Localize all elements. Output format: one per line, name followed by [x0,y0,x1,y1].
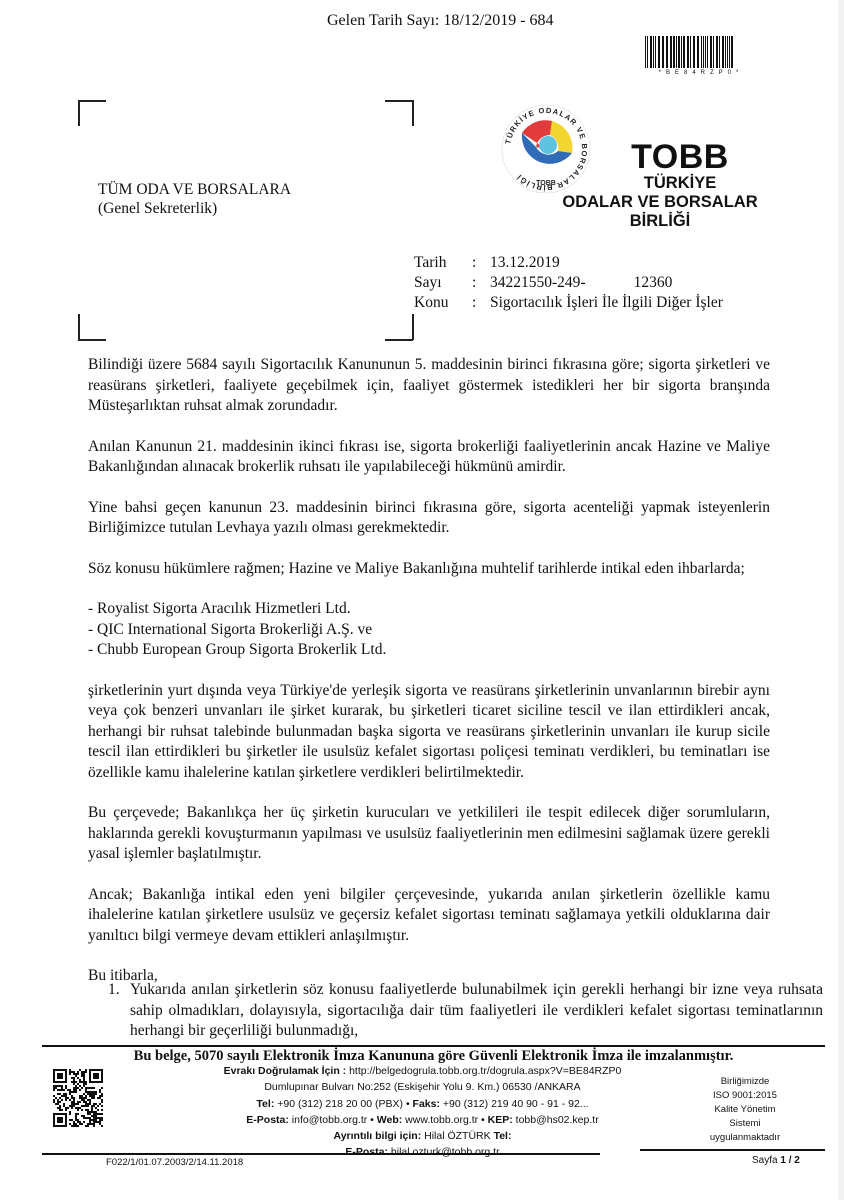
numbered-list: 1. Yukarıda anılan şirketlerin söz konus… [108,980,823,1042]
item-number: 1. [108,980,130,1042]
meta-subject-row: Konu : Sigortacılık İşleri İle İlgili Di… [414,293,723,313]
meta-separator: : [472,253,490,273]
info-label: Ayrıntılı bilgi için: [334,1130,422,1142]
numbered-item: 1. Yukarıda anılan şirketlerin söz konus… [108,980,823,1042]
verify-url-link[interactable]: http://belgedogrula.tobb.org.tr/dogrula.… [349,1065,621,1077]
footer-contact: Evrakı Doğrulamak İçin : http://belgedog… [200,1063,645,1161]
company-list: - Royalist Sigorta Aracılık Hizmetleri L… [88,599,770,661]
document-meta: Tarih : 13.12.2019 Sayı : 34221550-249- … [414,253,723,313]
paragraph-7: Ancak; Bakanlığa intikal eden yeni bilgi… [88,885,770,947]
meta-number-label: Sayı [414,273,472,293]
meta-separator: : [472,293,490,313]
meta-number-row: Sayı : 34221550-249- 12360 [414,273,723,293]
info-person: Hilal ÖZTÜRK [424,1130,491,1142]
brand-line-1: TÜRKİYE [595,174,765,193]
iso-line: Birliğimizde [690,1075,800,1089]
iso-line: Sistemi [690,1117,800,1131]
paragraph-3: Yine bahsi geçen kanunun 23. maddesinin … [88,498,770,539]
paragraph-1: Bilindiği üzere 5684 sayılı Sigortacılık… [88,355,770,417]
info-tel-label: Tel: [494,1130,512,1142]
iso-notice: Birliğimizde ISO 9001:2015 Kalite Yöneti… [690,1075,800,1145]
scan-edge [838,0,844,1200]
meta-date-label: Tarih [414,253,472,273]
page-label: Sayfa [752,1155,778,1166]
meta-number-value: 34221550-249- [490,273,586,293]
footer-divider [42,1045,825,1047]
meta-separator: : [472,273,490,293]
iso-line: ISO 9001:2015 [690,1089,800,1103]
footer-divider-bottom-right [640,1149,825,1151]
page-number: Sayfa 1 / 2 [752,1155,800,1166]
tel-label: Tel: [256,1098,274,1110]
web-label: Web: [377,1114,402,1126]
paragraph-6: Bu çerçevede; Bakanlıkça her üç şirketin… [88,803,770,865]
brand-line-2: ODALAR VE BORSALAR [555,193,765,212]
fax-label: Faks: [413,1098,440,1110]
brand-block: TOBB TÜRKİYE ODALAR VE BORSALAR BİRLİĞİ [555,140,765,231]
iso-line: uygulanmaktadır [690,1131,800,1145]
letter-body: Bilindiği üzere 5684 sayılı Sigortacılık… [88,355,770,1007]
address: Dumlupınar Bulvarı No:252 (Eskişehir Yol… [200,1079,645,1095]
meta-subject-label: Konu [414,293,472,313]
barcode-bars [645,36,757,68]
iso-line: Kalite Yönetim [690,1103,800,1117]
company-item: - QIC International Sigorta Brokerliği A… [88,620,770,641]
recipient-block: TÜM ODA VE BORSALARA (Genel Sekreterlik) [98,180,291,218]
recipient-department: (Genel Sekreterlik) [98,199,291,218]
tel-value: +90 (312) 218 20 00 (PBX) [277,1098,403,1110]
recipient-name: TÜM ODA VE BORSALARA [98,180,291,199]
phone-line: Tel: +90 (312) 218 20 00 (PBX) • Faks: +… [200,1096,645,1112]
meta-date-row: Tarih : 13.12.2019 [414,253,723,273]
meta-date-value: 13.12.2019 [490,253,560,273]
paragraph-2: Anılan Kanunun 21. maddesinin ikinci fık… [88,437,770,478]
meta-subject-value: Sigortacılık İşleri İle İlgili Diğer İşl… [490,293,723,313]
email-link[interactable]: info@tobb.org.tr [292,1114,367,1126]
qr-code-icon [53,1069,103,1127]
web-line: E-Posta: info@tobb.org.tr • Web: www.tob… [200,1112,645,1128]
footer-divider-bottom [42,1153,600,1155]
info-line: Ayrıntılı bilgi için: Hilal ÖZTÜRK Tel: [200,1128,645,1144]
verify-label: Evrakı Doğrulamak İçin : [224,1065,347,1077]
paragraph-4: Söz konusu hükümlere rağmen; Hazine ve M… [88,559,770,580]
paragraph-5: şirketlerinin yurt dışında veya Türkiye'… [88,681,770,784]
form-code: F022/1/01.07.2003/2/14.11.2018 [106,1157,243,1168]
meta-number-suffix: 12360 [634,273,673,293]
barcode: *BE84RZP0* [645,36,757,76]
item-text: Yukarıda anılan şirketlerin söz konusu f… [130,980,823,1042]
web-link[interactable]: www.tobb.org.tr [405,1114,478,1126]
email-label: E-Posta: [246,1114,289,1126]
company-item: - Royalist Sigorta Aracılık Hizmetleri L… [88,599,770,620]
kep-link[interactable]: tobb@hs02.kep.tr [516,1114,599,1126]
brand-line-3: BİRLİĞİ [555,212,765,231]
verify-line: Evrakı Doğrulamak İçin : http://belgedog… [200,1063,645,1079]
incoming-stamp: Gelen Tarih Sayı: 18/12/2019 - 684 [327,12,554,30]
brand-name: TOBB [595,140,765,174]
kep-label: KEP: [488,1114,513,1126]
barcode-text: *BE84RZP0* [645,70,757,76]
fax-value: +90 (312) 219 40 90 - 91 - 92... [443,1098,589,1110]
company-item: - Chubb European Group Sigorta Brokerlik… [88,640,770,661]
svg-text:TOBB: TOBB [536,180,556,187]
page-value: 1 / 2 [780,1155,799,1166]
